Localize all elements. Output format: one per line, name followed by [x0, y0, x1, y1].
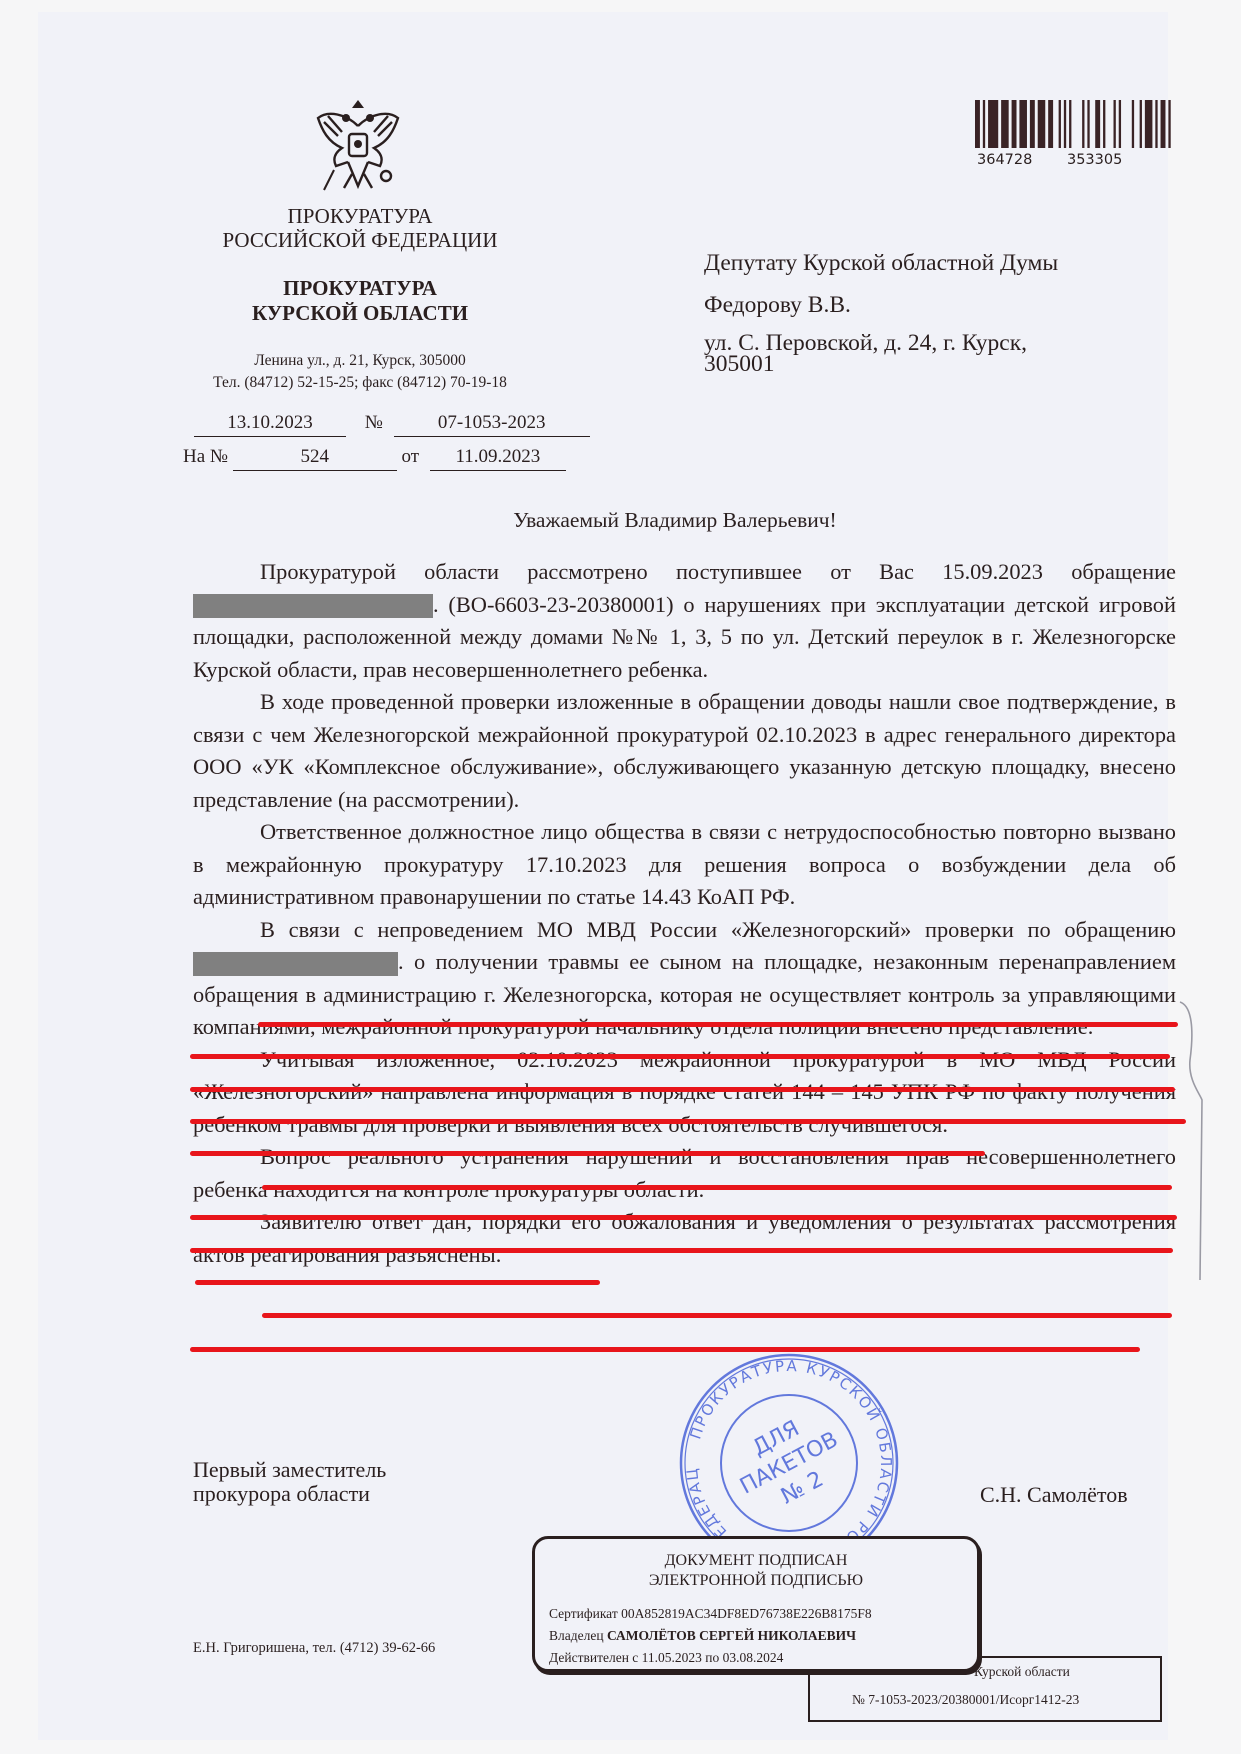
recipient-block: Депутату Курской областной Думы Федорову… — [704, 248, 1058, 386]
paragraph-3: Ответственное должностное лицо общества … — [193, 816, 1176, 914]
prosecutor-address: Ленина ул., д. 21, Курск, 305000 Тел. (8… — [160, 350, 560, 394]
red-underline — [190, 1215, 1177, 1220]
red-underline — [190, 1248, 1173, 1253]
margin-bracket-mark — [1178, 1000, 1208, 1280]
red-underline — [190, 1347, 1140, 1352]
reference-date: 11.09.2023 — [430, 444, 566, 471]
redacted-name — [193, 952, 398, 976]
letter-body: Прокуратурой области рассмотрено поступи… — [193, 556, 1176, 1271]
outgoing-registration: 13.10.2023 № 07-1053-2023 — [194, 410, 590, 437]
outgoing-number: 07-1053-2023 — [394, 410, 590, 437]
signer-name: С.Н. Самолётов — [980, 1482, 1128, 1508]
red-underline — [190, 1087, 1175, 1092]
signer-position: Первый заместитель прокурора области — [193, 1458, 386, 1506]
red-underline — [262, 1313, 1172, 1318]
red-underline — [190, 1119, 1186, 1124]
russian-coat-of-arms-icon — [308, 96, 408, 196]
paragraph-1: Прокуратурой области рассмотрено поступи… — [193, 556, 1176, 686]
red-underline — [258, 1022, 1178, 1027]
barcode — [975, 100, 1175, 155]
red-underline — [190, 1054, 1170, 1059]
red-underline — [195, 1280, 600, 1285]
certificate-owner: САМОЛЁТОВ СЕРГЕЙ НИКОЛАЕВИЧ — [607, 1628, 856, 1643]
executor-contact: Е.Н. Григоришена, тел. (4712) 39-62-66 — [193, 1640, 435, 1657]
incoming-reference: На № 524 от 11.09.2023 — [183, 444, 566, 471]
prosecutor-org-title: ПРОКУРАТУРА РОССИЙСКОЙ ФЕДЕРАЦИИ — [190, 204, 530, 252]
barcode-number: 364728 353305 — [975, 152, 1175, 168]
greeting: Уважаемый Владимир Валерьевич! — [190, 508, 1160, 533]
certificate-serial: 00A852819AC34DF8ED76738E226B8175F8 — [621, 1606, 872, 1621]
redacted-name — [193, 594, 433, 618]
paragraph-2: В ходе проведенной проверки изложенные в… — [193, 686, 1176, 816]
prosecutor-dept-title: ПРОКУРАТУРА КУРСКОЙ ОБЛАСТИ — [190, 276, 530, 326]
red-underline — [262, 1185, 1172, 1190]
red-underline — [190, 1151, 985, 1156]
outgoing-date: 13.10.2023 — [194, 410, 346, 437]
electronic-signature-box: ДОКУМЕНТ ПОДПИСАН ЭЛЕКТРОННОЙ ПОДПИСЬЮ С… — [532, 1536, 980, 1672]
reference-number: 524 — [233, 444, 397, 471]
